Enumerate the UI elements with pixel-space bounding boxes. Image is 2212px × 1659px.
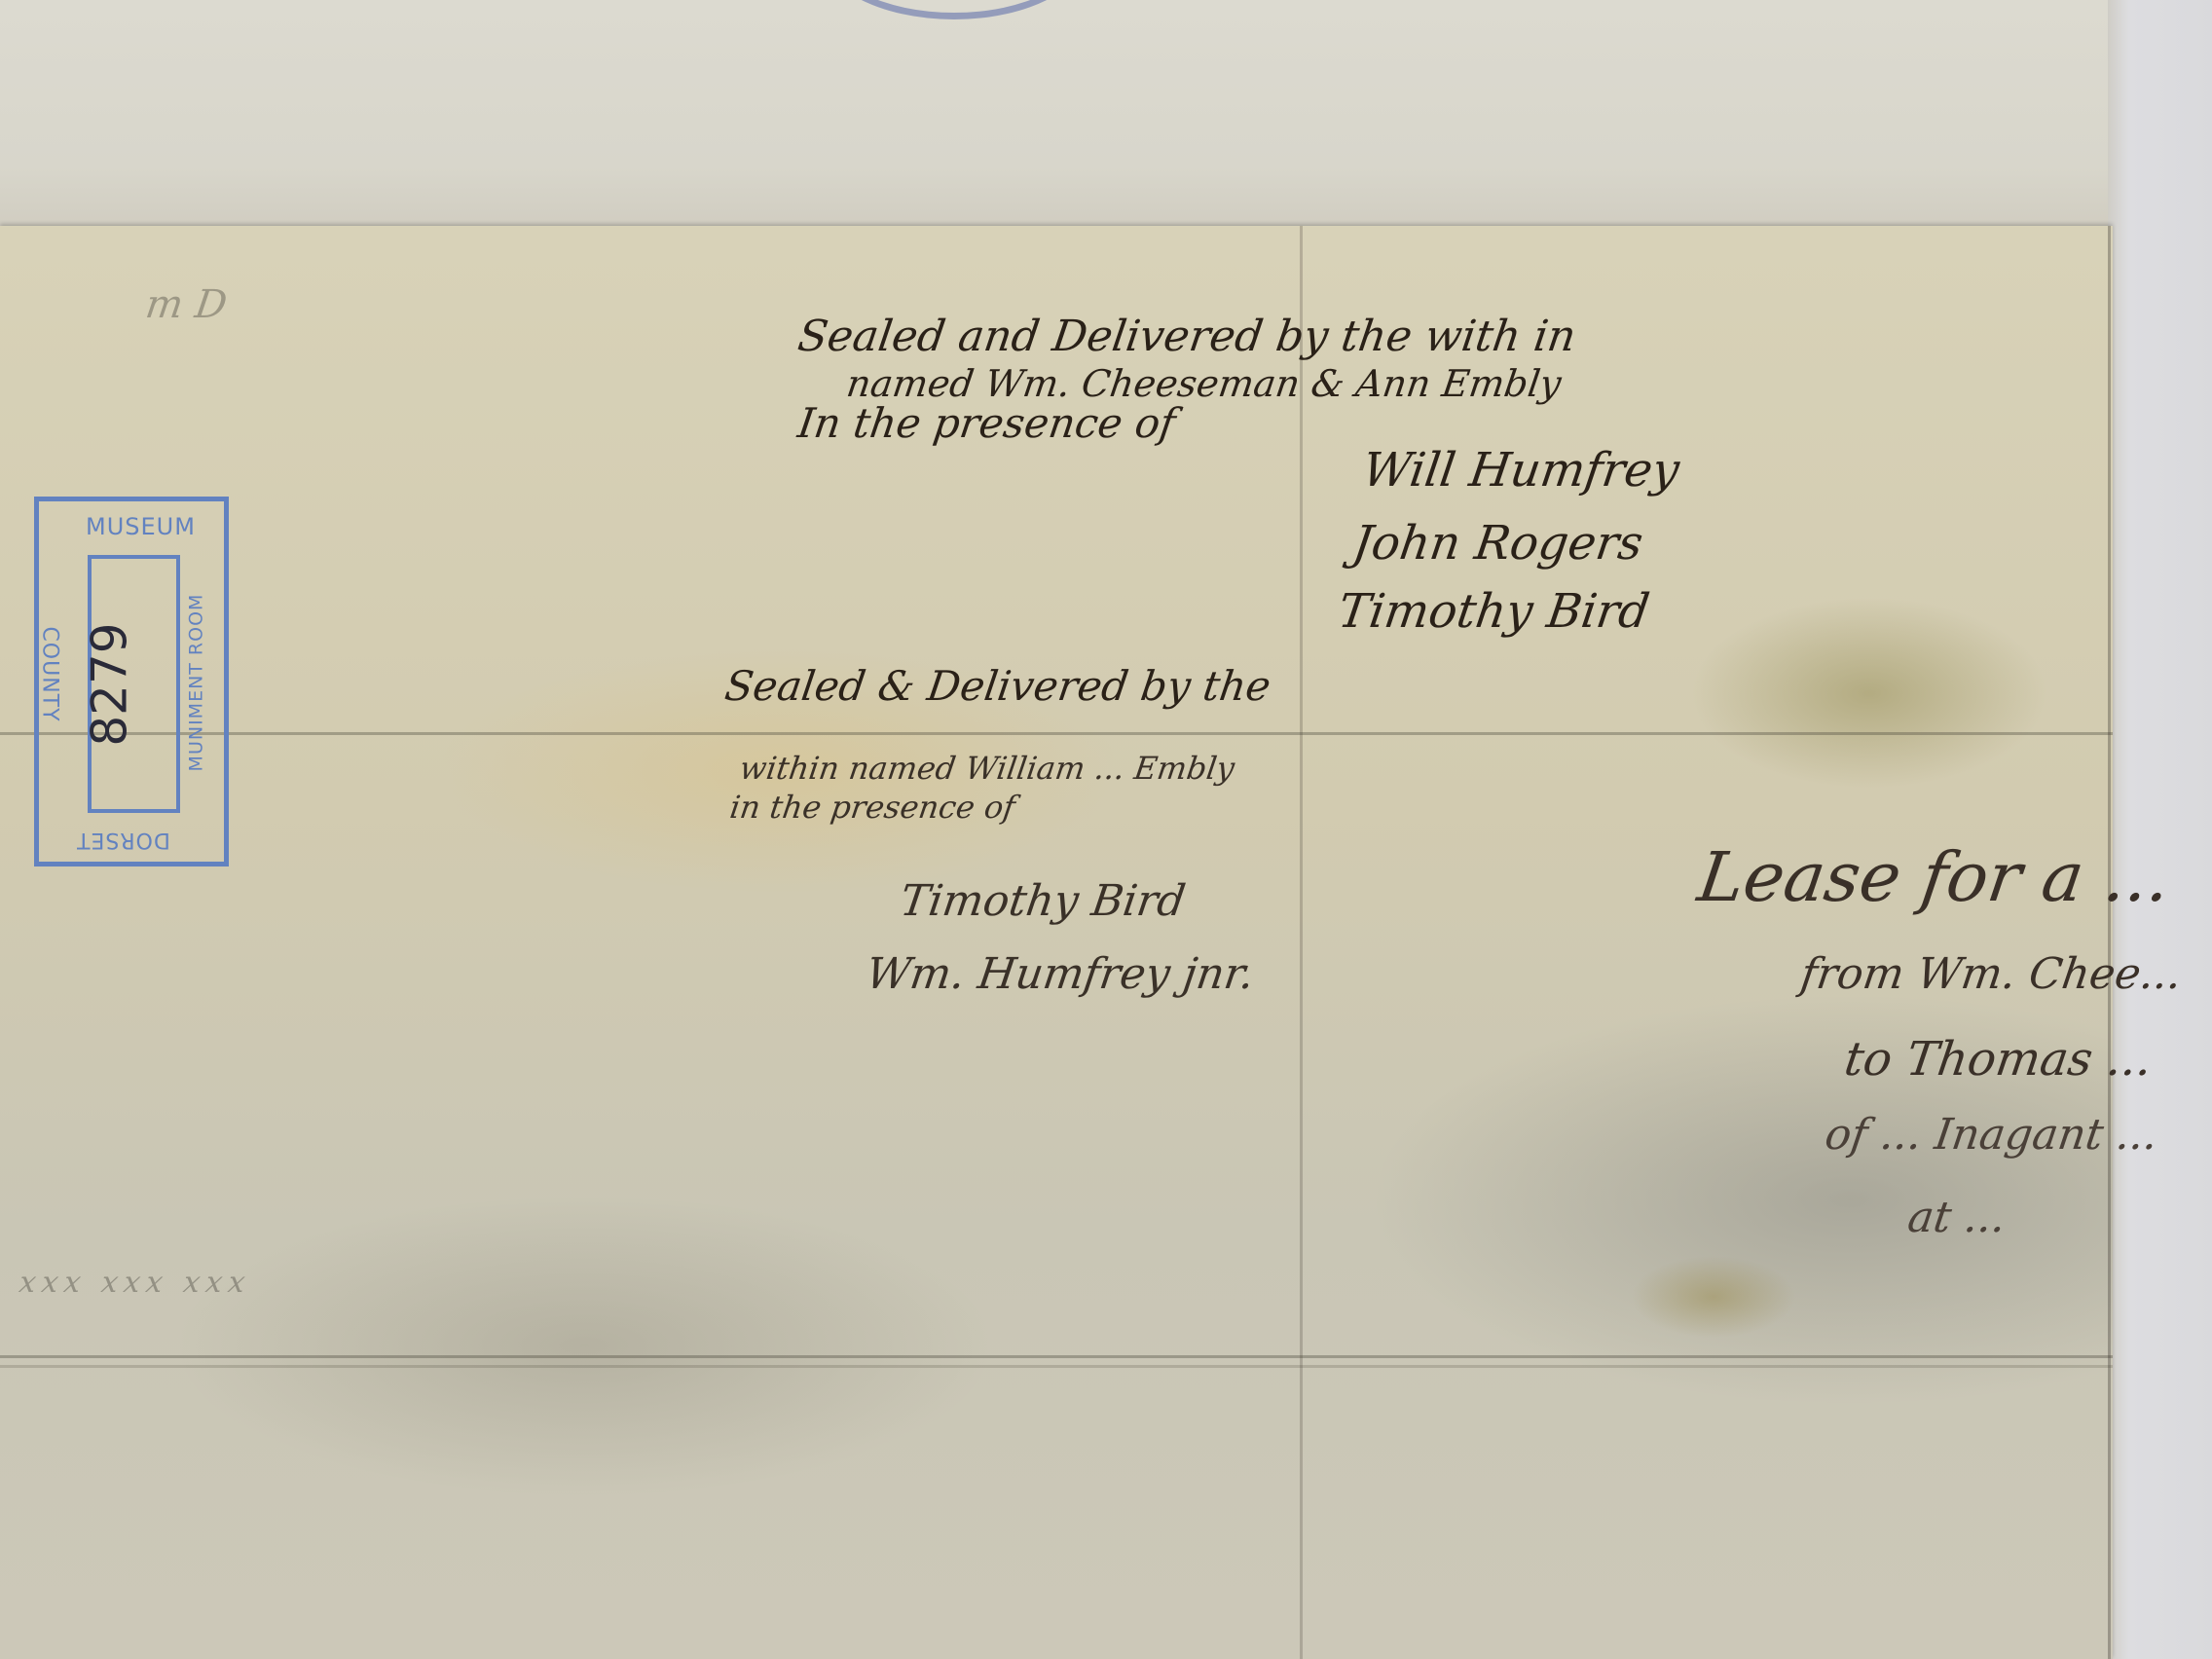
stamp-dorset-label: DORSET	[76, 828, 170, 852]
dorset-county-museum-stamp: MUSEUM COUNTY DORSET MUNIMENT ROOM 8279	[34, 497, 229, 866]
attestation-1-line: Sealed and Delivered by the with in	[794, 312, 1578, 361]
witness-signature: Timothy Bird	[897, 876, 1188, 926]
stamp-number-box: 8279	[88, 555, 180, 813]
witness-signature: Will Humfrey	[1359, 443, 1682, 498]
backing-sheet: THE SOCIETY	[0, 0, 2212, 239]
attestation-1-line: In the presence of	[795, 399, 1179, 447]
society-seal-stamp: THE SOCIETY	[818, 0, 1090, 19]
stamp-number: 8279	[82, 622, 138, 746]
endorsement-line: to Thomas ...	[1841, 1032, 2156, 1087]
attestation-2-line: Sealed & Delivered by the	[722, 662, 1274, 710]
endorsement-title: Lease for a ...	[1693, 837, 2175, 917]
stamp-museum-label: MUSEUM	[86, 513, 196, 540]
faint-marks: xxx xxx xxx	[18, 1266, 253, 1300]
fold-line	[0, 1355, 2113, 1358]
endorsement-line: of ... Inagant ...	[1822, 1110, 2160, 1160]
attestation-2-line: in the presence of	[727, 789, 1017, 826]
witness-signature: John Rogers	[1349, 516, 1646, 571]
witness-signature: Wm. Humfrey jnr.	[863, 949, 1257, 999]
fold-line	[1300, 226, 1303, 1659]
backing-sheet-edge	[2108, 0, 2212, 1659]
endorsement-line: from Wm. Chee...	[1797, 949, 2185, 999]
stamp-county-label: COUNTY	[38, 626, 62, 721]
margin-note: m D	[143, 282, 230, 327]
stamp-muniment-room-label: MUNIMENT ROOM	[185, 594, 206, 772]
fold-line	[0, 1365, 2113, 1368]
fold-line	[2108, 226, 2111, 1659]
witness-signature: Timothy Bird	[1335, 584, 1653, 639]
fold-line	[0, 732, 2113, 735]
endorsement-line: at ...	[1904, 1193, 2009, 1242]
attestation-2-line: within named William ... Embly	[737, 750, 1236, 787]
